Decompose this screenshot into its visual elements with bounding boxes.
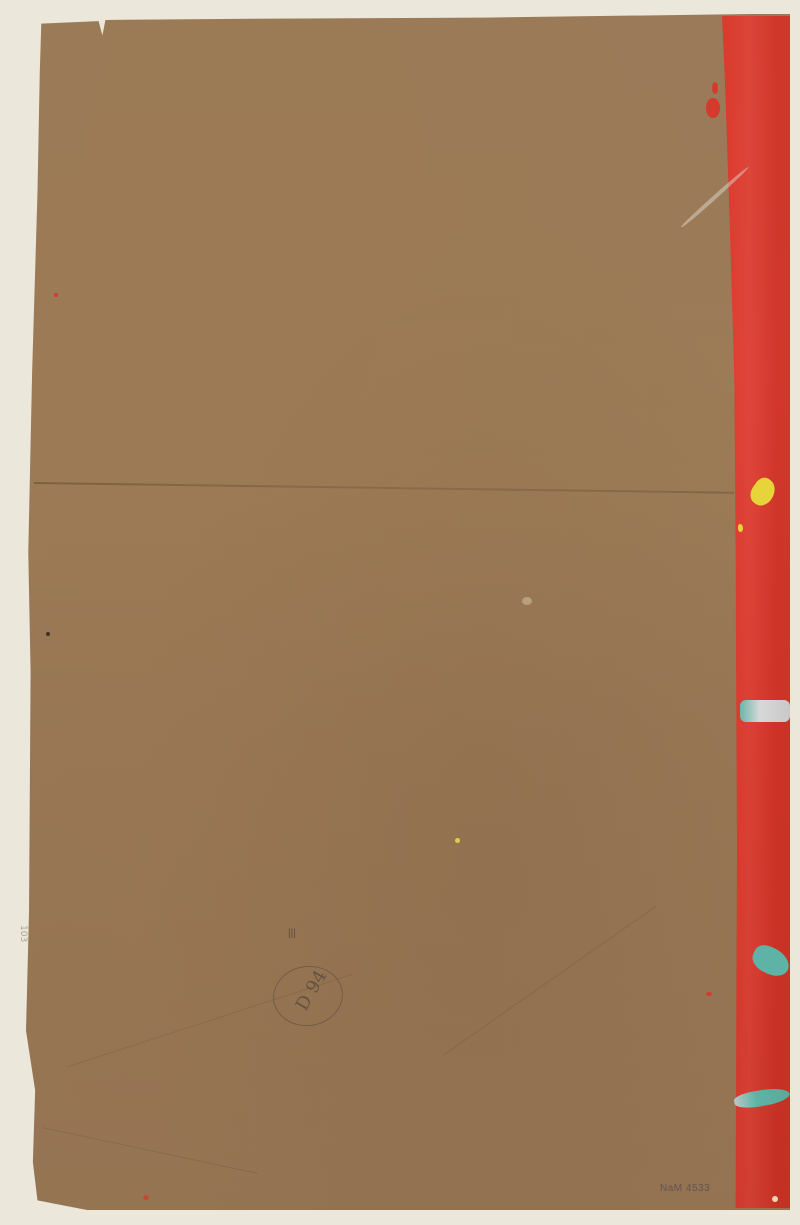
light-stain [522,597,532,605]
catalog-number: NaM 4533 [660,1183,710,1194]
red-paint-drip [712,82,718,94]
side-inscription: 103 [18,925,28,942]
yellow-paint-dot [738,524,743,532]
white-turquoise-paint-smear [740,700,790,722]
red-paint-speck [706,992,712,996]
tally-marks: ||| [288,928,296,939]
red-paint-drip [706,98,720,118]
brown-paper-sheet [26,14,790,1210]
paper-hole [772,1196,778,1202]
artwork-photo: D 94 ||| 103 NaM 4533 [0,0,800,1225]
red-paint-speck [54,293,58,297]
paper-speck [46,632,50,636]
red-paint-speck [143,1195,149,1200]
yellow-speck [455,838,460,843]
